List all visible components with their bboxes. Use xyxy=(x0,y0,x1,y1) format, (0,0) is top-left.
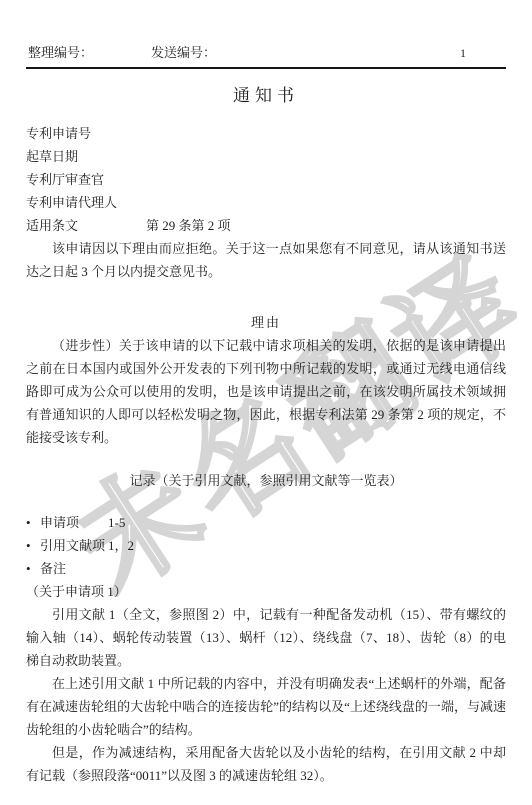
field-label: 起草日期 xyxy=(26,145,146,168)
bullet-icon: • xyxy=(26,511,40,534)
record-item-label: 备注 xyxy=(40,557,108,580)
field-value xyxy=(146,145,506,168)
page-number: 1 xyxy=(460,46,466,61)
record-item-cited-documents: • 引用文献项 1，2 xyxy=(26,534,506,557)
bullet-icon: • xyxy=(26,534,40,557)
field-value xyxy=(146,191,506,214)
field-agent: 专利申请代理人 xyxy=(26,191,506,214)
record-item-value: 1，2 xyxy=(108,534,506,557)
record-item-value xyxy=(108,557,506,580)
field-label: 适用条文 xyxy=(26,214,146,237)
record-item-label: 申请项 xyxy=(40,511,108,534)
sending-number-label: 发送编号： xyxy=(151,42,216,61)
document-page: 未名翻译 整理编号： 发送编号： 1 通知书 专利申请号 起草日期 专利厅审查官… xyxy=(0,0,532,805)
claim-note: （关于申请项 1） xyxy=(26,580,506,603)
document-title: 通知书 xyxy=(0,81,532,106)
record-heading: 记录（关于引用文献，参照引用文献等一览表） xyxy=(0,469,532,492)
field-label: 专利申请代理人 xyxy=(26,191,146,214)
sorting-number-label: 整理编号： xyxy=(28,42,93,61)
field-value xyxy=(146,122,506,145)
reason-heading: 理由 xyxy=(0,311,532,334)
reason-paragraph: （进步性）关于该申请的以下记载中请求项相关的发明，依据的是该申请提出之前在日本国… xyxy=(26,334,506,449)
field-application-number: 专利申请号 xyxy=(26,122,506,145)
document-content: 整理编号： 发送编号： 1 通知书 专利申请号 起草日期 专利厅审查官 专利申请… xyxy=(0,0,532,787)
bullet-icon: • xyxy=(26,557,40,580)
field-draft-date: 起草日期 xyxy=(26,145,506,168)
fields-block: 专利申请号 起草日期 专利厅审查官 专利申请代理人 适用条文 第 29 条第 2… xyxy=(26,122,506,237)
field-label: 专利厅审查官 xyxy=(26,168,146,191)
page-header: 整理编号： 发送编号： 1 xyxy=(26,0,506,69)
record-item-remarks: • 备注 xyxy=(26,557,506,580)
field-value: 第 29 条第 2 项 xyxy=(146,214,506,237)
intro-paragraph: 该申请因以下理由而应拒绝。关于这一点如果您有不同意见，请从该通知书送达之日起 3… xyxy=(26,237,506,283)
record-item-claims: • 申请项 1-5 xyxy=(26,511,506,534)
record-item-label: 引用文献项 xyxy=(40,534,108,557)
body-paragraph-cited-doc2: 但是，作为减速结构，采用配备大齿轮以及小齿轮的结构，在引用文献 2 中却有记载（… xyxy=(26,741,506,787)
body-paragraph-not-disclosed: 在上述引用文献 1 中所记载的内容中，并没有明确发表“上述蜗杆的外端，配备有在减… xyxy=(26,672,506,741)
field-examiner: 专利厅审查官 xyxy=(26,168,506,191)
record-item-value: 1-5 xyxy=(108,511,506,534)
field-applicable-provision: 适用条文 第 29 条第 2 项 xyxy=(26,214,506,237)
record-items-block: • 申请项 1-5 • 引用文献项 1，2 • 备注 xyxy=(26,511,506,580)
field-value xyxy=(146,168,506,191)
field-label: 专利申请号 xyxy=(26,122,146,145)
body-paragraph-cited-doc1: 引用文献 1（全文，参照图 2）中，记载有一种配备发动机（15）、带有螺纹的输入… xyxy=(26,603,506,672)
